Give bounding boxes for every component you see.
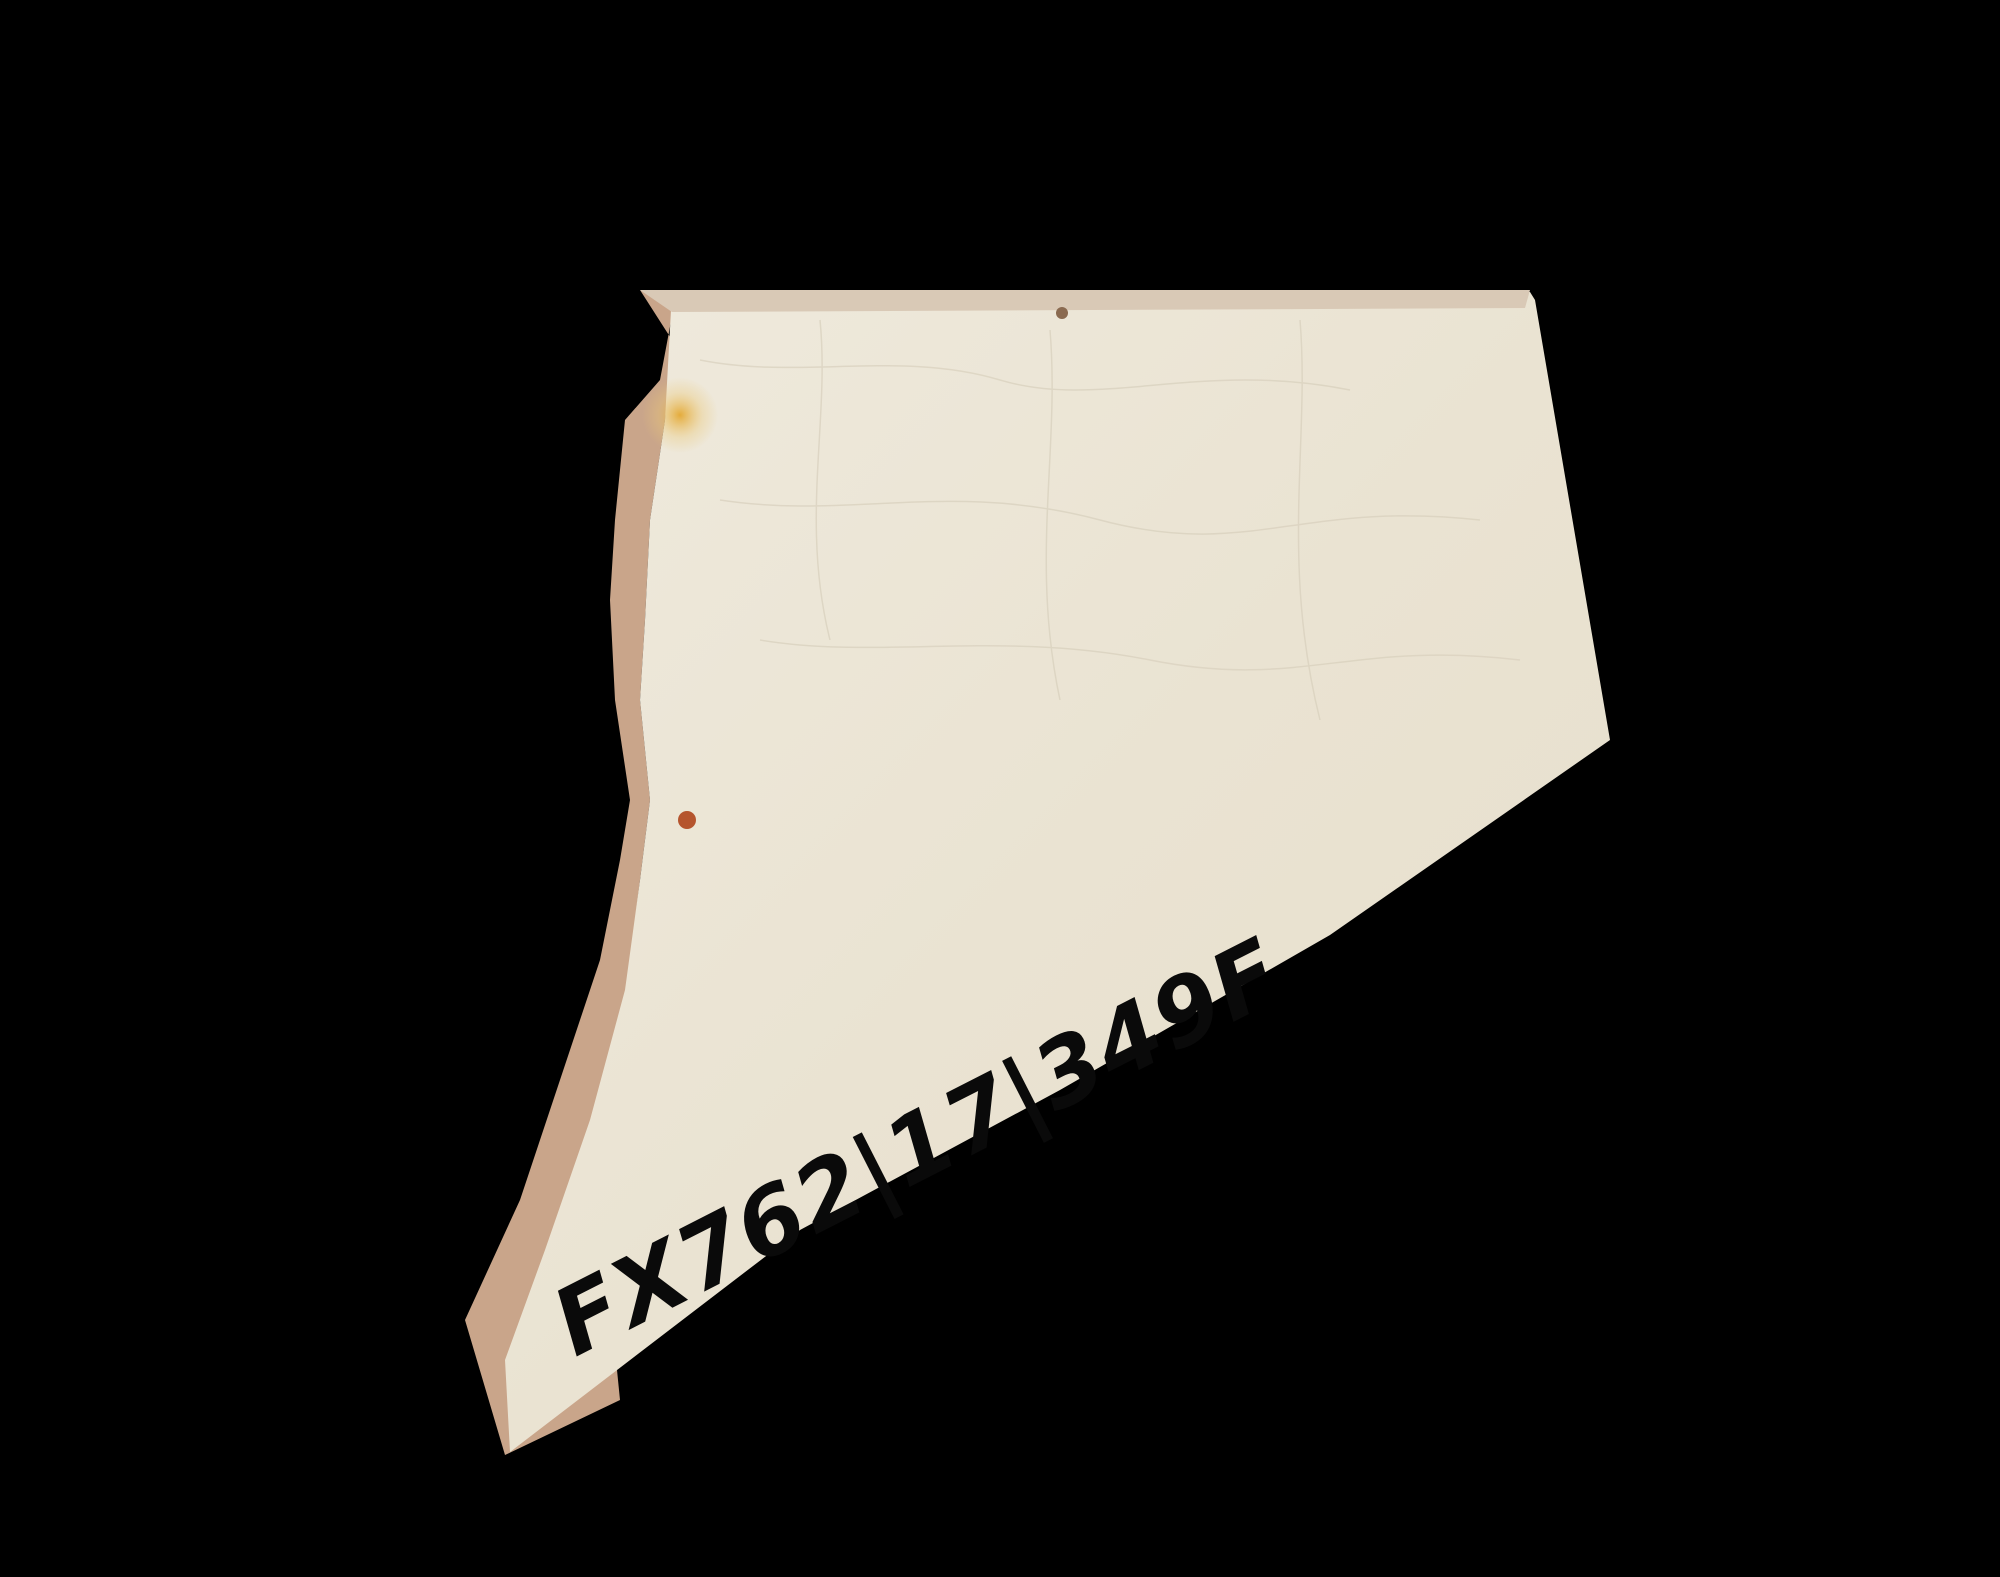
photo-stage: FX762|17|349F [0,0,2000,1577]
yellow-stain [642,377,718,453]
chip-mark [1056,307,1068,319]
chip-mark [678,811,696,829]
ceramic-sherd [0,0,2000,1577]
